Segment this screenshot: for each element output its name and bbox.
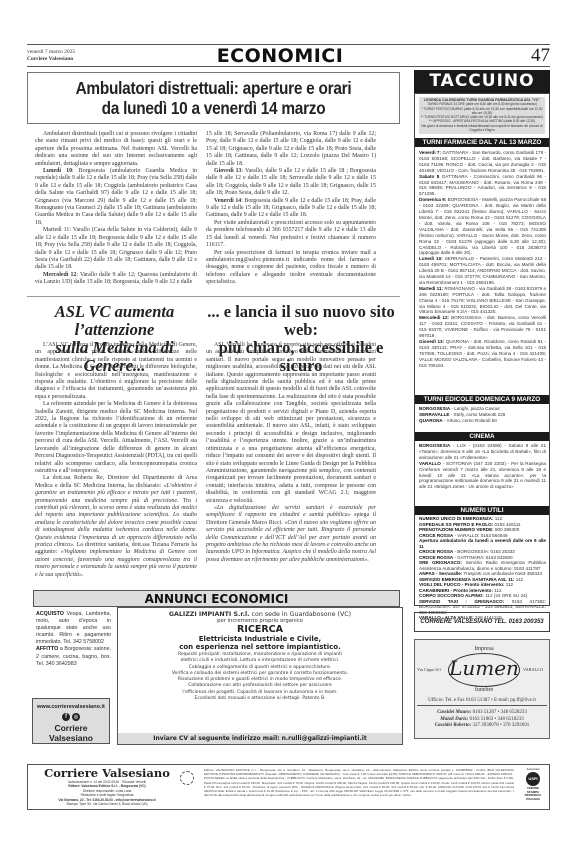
masthead-info: Autorizzazione n. 14 del 20/11/1946 - Tr… <box>33 780 181 806</box>
paper-name: Corriere Valsesiano <box>27 56 73 62</box>
list-item: Giovedì 13: QUARONA - dott. Ricaldone, c… <box>419 339 546 369</box>
cinema-list: BORGOSESIA - LUX - (0163 22698) - Sabato… <box>419 443 546 490</box>
lumen-logo-text: Lumen <box>448 656 520 680</box>
paragraph: Ambulatori distrettuali (quelli cui si p… <box>35 131 197 168</box>
paragraph: Mercoledì 12: Varallo dalle 9 alle 12; Q… <box>35 272 197 287</box>
list-item: SRE GRIGNASCO: Servizio Radio Emergenza … <box>419 560 546 571</box>
lumen-top-text: Impresa <box>453 646 515 652</box>
paragraph: Lunedì 10: Borgosesia (ambulatorio Guard… <box>35 168 197 227</box>
facebook-icon[interactable]: f <box>62 713 70 721</box>
newspaper-phone-box: CORRIERE VALSESIANO TEL. 0163 200353 <box>414 612 550 632</box>
pharmacy-shifts-list: Venerdì 7: GATTINARA - San Bernardo, cor… <box>419 150 546 369</box>
lead-headline-line2: da lunedì 10 a venerdì 14 marzo <box>50 98 376 118</box>
paper-name: Corriere Valsesiano <box>33 723 109 743</box>
legal-text: Editore: VALSESIANO EDITRICE s.r.l. - Bo… <box>204 768 514 808</box>
date-text: venerdì 7 marzo 2025 <box>27 49 75 56</box>
newsstand-list: BORGOSESIA - Langhi, piazza Cavour SERRA… <box>419 406 546 424</box>
lumen-contact: Ufficio: Tel. e Fax 0163 51387 • E-mail:… <box>417 698 547 706</box>
paragraph: Giovedì 13: Varallo, dalle 9 alle 12 e d… <box>206 168 376 198</box>
uspi-badge: Associato USPI UNIONE STAMPA PERIODICA I… <box>518 767 548 801</box>
paragraph: «La digitalizzazione dei servizi sanitar… <box>206 505 376 564</box>
list-item: Apertura ambulatorio da lunedì a venerdì… <box>419 538 546 549</box>
website-link[interactable]: www.corrierevalsesiano.it <box>33 704 109 710</box>
paragraph: La dott.ssa Roberta Re, Direttore del Di… <box>35 475 197 579</box>
lumen-bottom-text: funebre <box>453 687 515 693</box>
gender-article-body: L’ASL VC rafforza il proprio impegno nel… <box>35 342 197 579</box>
header-rule-bottom <box>27 66 550 67</box>
list-item: BORGOSESIA - LUX - (0163 22698) - Sabato… <box>419 443 546 461</box>
job-requirements: Requisiti principali: Installazione, man… <box>118 652 402 702</box>
galizzi-job-ad: GALIZZI IMPIANTI S.r.l. con sede in Guar… <box>117 607 403 745</box>
web-article-body: ASL Vercelli ha rinnovato il proprio sit… <box>206 342 376 564</box>
taccuino-title: TACCUINO <box>414 70 550 93</box>
social-icons: f ◎ <box>33 713 109 721</box>
list-item: Domenica 9: BORGOSESIA - Martelli, piazz… <box>419 197 546 256</box>
lead-article-headline-box: Ambulatori distrettuali: aperture e orar… <box>27 72 400 124</box>
masthead-footer: Corriere Valsesiano Autorizzazione n. 14… <box>27 764 550 810</box>
list-item: Lunedì 10: SERRAVALLE - Passerini, corso… <box>419 256 546 286</box>
issue-date: venerdì 7 marzo 2025 Corriere Valsesiano <box>27 49 75 63</box>
paragraph: La referente aziendale per la Medicina d… <box>35 401 197 475</box>
pharmacy-shifts-header: TURNI FARMACIE DAL 7 AL 13 MARZO <box>415 138 549 147</box>
divider <box>27 296 400 297</box>
masthead-logo: Corriere Valsesiano <box>33 767 181 780</box>
paragraph: Venerdì 14: Borgosesia dalle 9 alle 12 e… <box>206 198 376 220</box>
classifieds-header: ANNUNCI ECONOMICI <box>33 590 400 607</box>
lumen-people: Cassidei Mauro: 0163 51287 • 348 6528233… <box>417 710 547 730</box>
lead-article-col1: Ambulatori distrettuali (quelli cui si p… <box>35 131 197 287</box>
ricerca-heading: RICERCA <box>118 624 402 635</box>
cv-email-link[interactable]: Inviare CV al seguente indirizzo mail: n… <box>118 733 402 744</box>
list-item: Mercoledì 12: BORGOSESIA - dott. Baresca… <box>419 315 546 339</box>
paragraph: 15 alle 18; Serravalle (Poliambulatorio,… <box>206 131 376 168</box>
paragraph: Martedì 11: Varallo (Casa della Salute i… <box>35 227 197 271</box>
page-number: 47 <box>510 45 550 67</box>
newsstand-header: TURNI EDICOLE DOMENICA 9 MARZO <box>415 395 549 404</box>
lumen-funeral-ad: Impresa Lumen funebre Via Cippo 6/1 VARA… <box>414 639 550 739</box>
classifieds-list: ACQUISTO Vespa, Lambretta, moto, auto d’… <box>36 611 111 668</box>
list-item: VARALLO - SOTTORIVA (347 325 2203) - Per… <box>419 461 546 491</box>
list-item: Sabato 8 GATTINARA - Cominazzini, corso … <box>419 174 546 198</box>
lumen-town: VARALLO <box>523 667 543 672</box>
useful-numbers-header: NUMERI UTILI <box>415 506 549 515</box>
website-promo-box: www.corrierevalsesiano.it f ◎ Corriere V… <box>32 698 110 744</box>
lead-article-col2: 15 alle 18; Serravalle (Poliambulatorio,… <box>206 131 376 287</box>
cinema-header: CINEMA <box>415 432 549 441</box>
lead-headline-line1: Ambulatori distrettuali: aperture e orar… <box>50 78 376 98</box>
list-item: QUARONA - Artuso, corso Rolandi 60 <box>419 418 546 424</box>
useful-numbers-list: NUMERO UNICO DI EMERGENZA: 112 OSPEDALE … <box>419 516 546 621</box>
paragraph: L’ASL VC rafforza il proprio impegno nel… <box>35 342 197 401</box>
company-name: GALIZZI IMPIANTI S.r.l. <box>169 611 250 618</box>
emblem-icon <box>180 771 194 785</box>
section-title: ECONOMICI <box>180 45 380 67</box>
classified-item: AFFITTO a Borgosesia: salone, 2 camere, … <box>36 646 111 667</box>
classified-item: ACQUISTO Vespa, Lambretta, moto, auto d’… <box>36 611 111 646</box>
list-item: Martedì 11: ROMAGNANO - via Garibaldi 38… <box>419 286 546 316</box>
paragraph: Per sola prescrizione di farmaci in tera… <box>206 250 376 287</box>
paragraph: ASL Vercelli ha rinnovato il proprio sit… <box>206 342 376 505</box>
pharmacy-legend: LEGENDA CALENDARIO TURNI GUARDIA FARMACE… <box>419 97 545 134</box>
uspi-logo-icon: USPI <box>526 772 540 786</box>
instagram-icon[interactable]: ◎ <box>72 713 80 721</box>
taccuino-box: LEGENDA CALENDARIO TURNI GUARDIA FARMACE… <box>414 93 550 606</box>
list-item: Venerdì 7: GATTINARA - San Bernardo, cor… <box>419 150 546 174</box>
paragraph: Per visite ambulatoriali e prescrizioni … <box>206 220 376 250</box>
lumen-address: Via Cippo 6/1 <box>417 667 441 672</box>
